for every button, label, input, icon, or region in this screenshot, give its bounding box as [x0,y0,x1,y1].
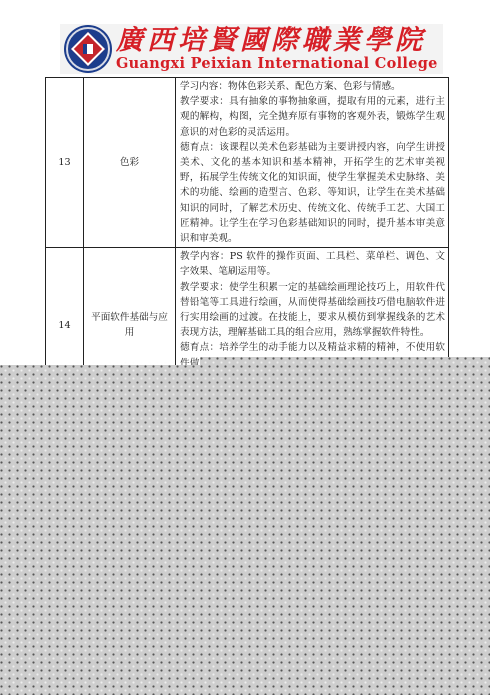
row-number: 13 [46,78,84,248]
loading-mask-overlay [0,365,490,695]
learning-content: 学习内容：物体色彩关系、配色方案、色彩与情感。 [180,79,445,94]
course-description: 学习内容：物体色彩关系、配色方案、色彩与情感。 教学要求：具有抽象的事物抽象画，… [176,78,449,248]
course-name: 色彩 [84,78,176,248]
college-header-banner: 廣西培賢國際職業學院 Guangxi Peixian International… [60,24,443,74]
book-icon [83,44,93,54]
table-row: 13 色彩 学习内容：物体色彩关系、配色方案、色彩与情感。 教学要求：具有抽象的… [46,78,449,248]
moral-education-points: 德育点：该课程以美术色彩基础为主要讲授内容，向学生讲授美术、文化的基本知识和基本… [180,140,445,246]
college-emblem-icon [66,27,110,71]
emblem-diamond [71,32,105,66]
teaching-requirements: 教学要求：使学生积累一定的基础绘画理论技巧上，用软件代替铅笔等工具进行绘画，从而… [180,280,445,341]
college-name: 廣西培賢國際職業學院 Guangxi Peixian International… [116,27,438,72]
college-name-english: Guangxi Peixian International College [116,57,438,72]
teaching-requirements: 教学要求：具有抽象的事物抽象画，提取有用的元素，进行主观的解构，构图，完全抛弃原… [180,94,445,140]
teaching-content: 教学内容：PS 软件的操作页面、工具栏、菜单栏、调色、文字效果、笔刷运用等。 [180,249,445,279]
college-name-chinese: 廣西培賢國際職業學院 [116,27,438,54]
